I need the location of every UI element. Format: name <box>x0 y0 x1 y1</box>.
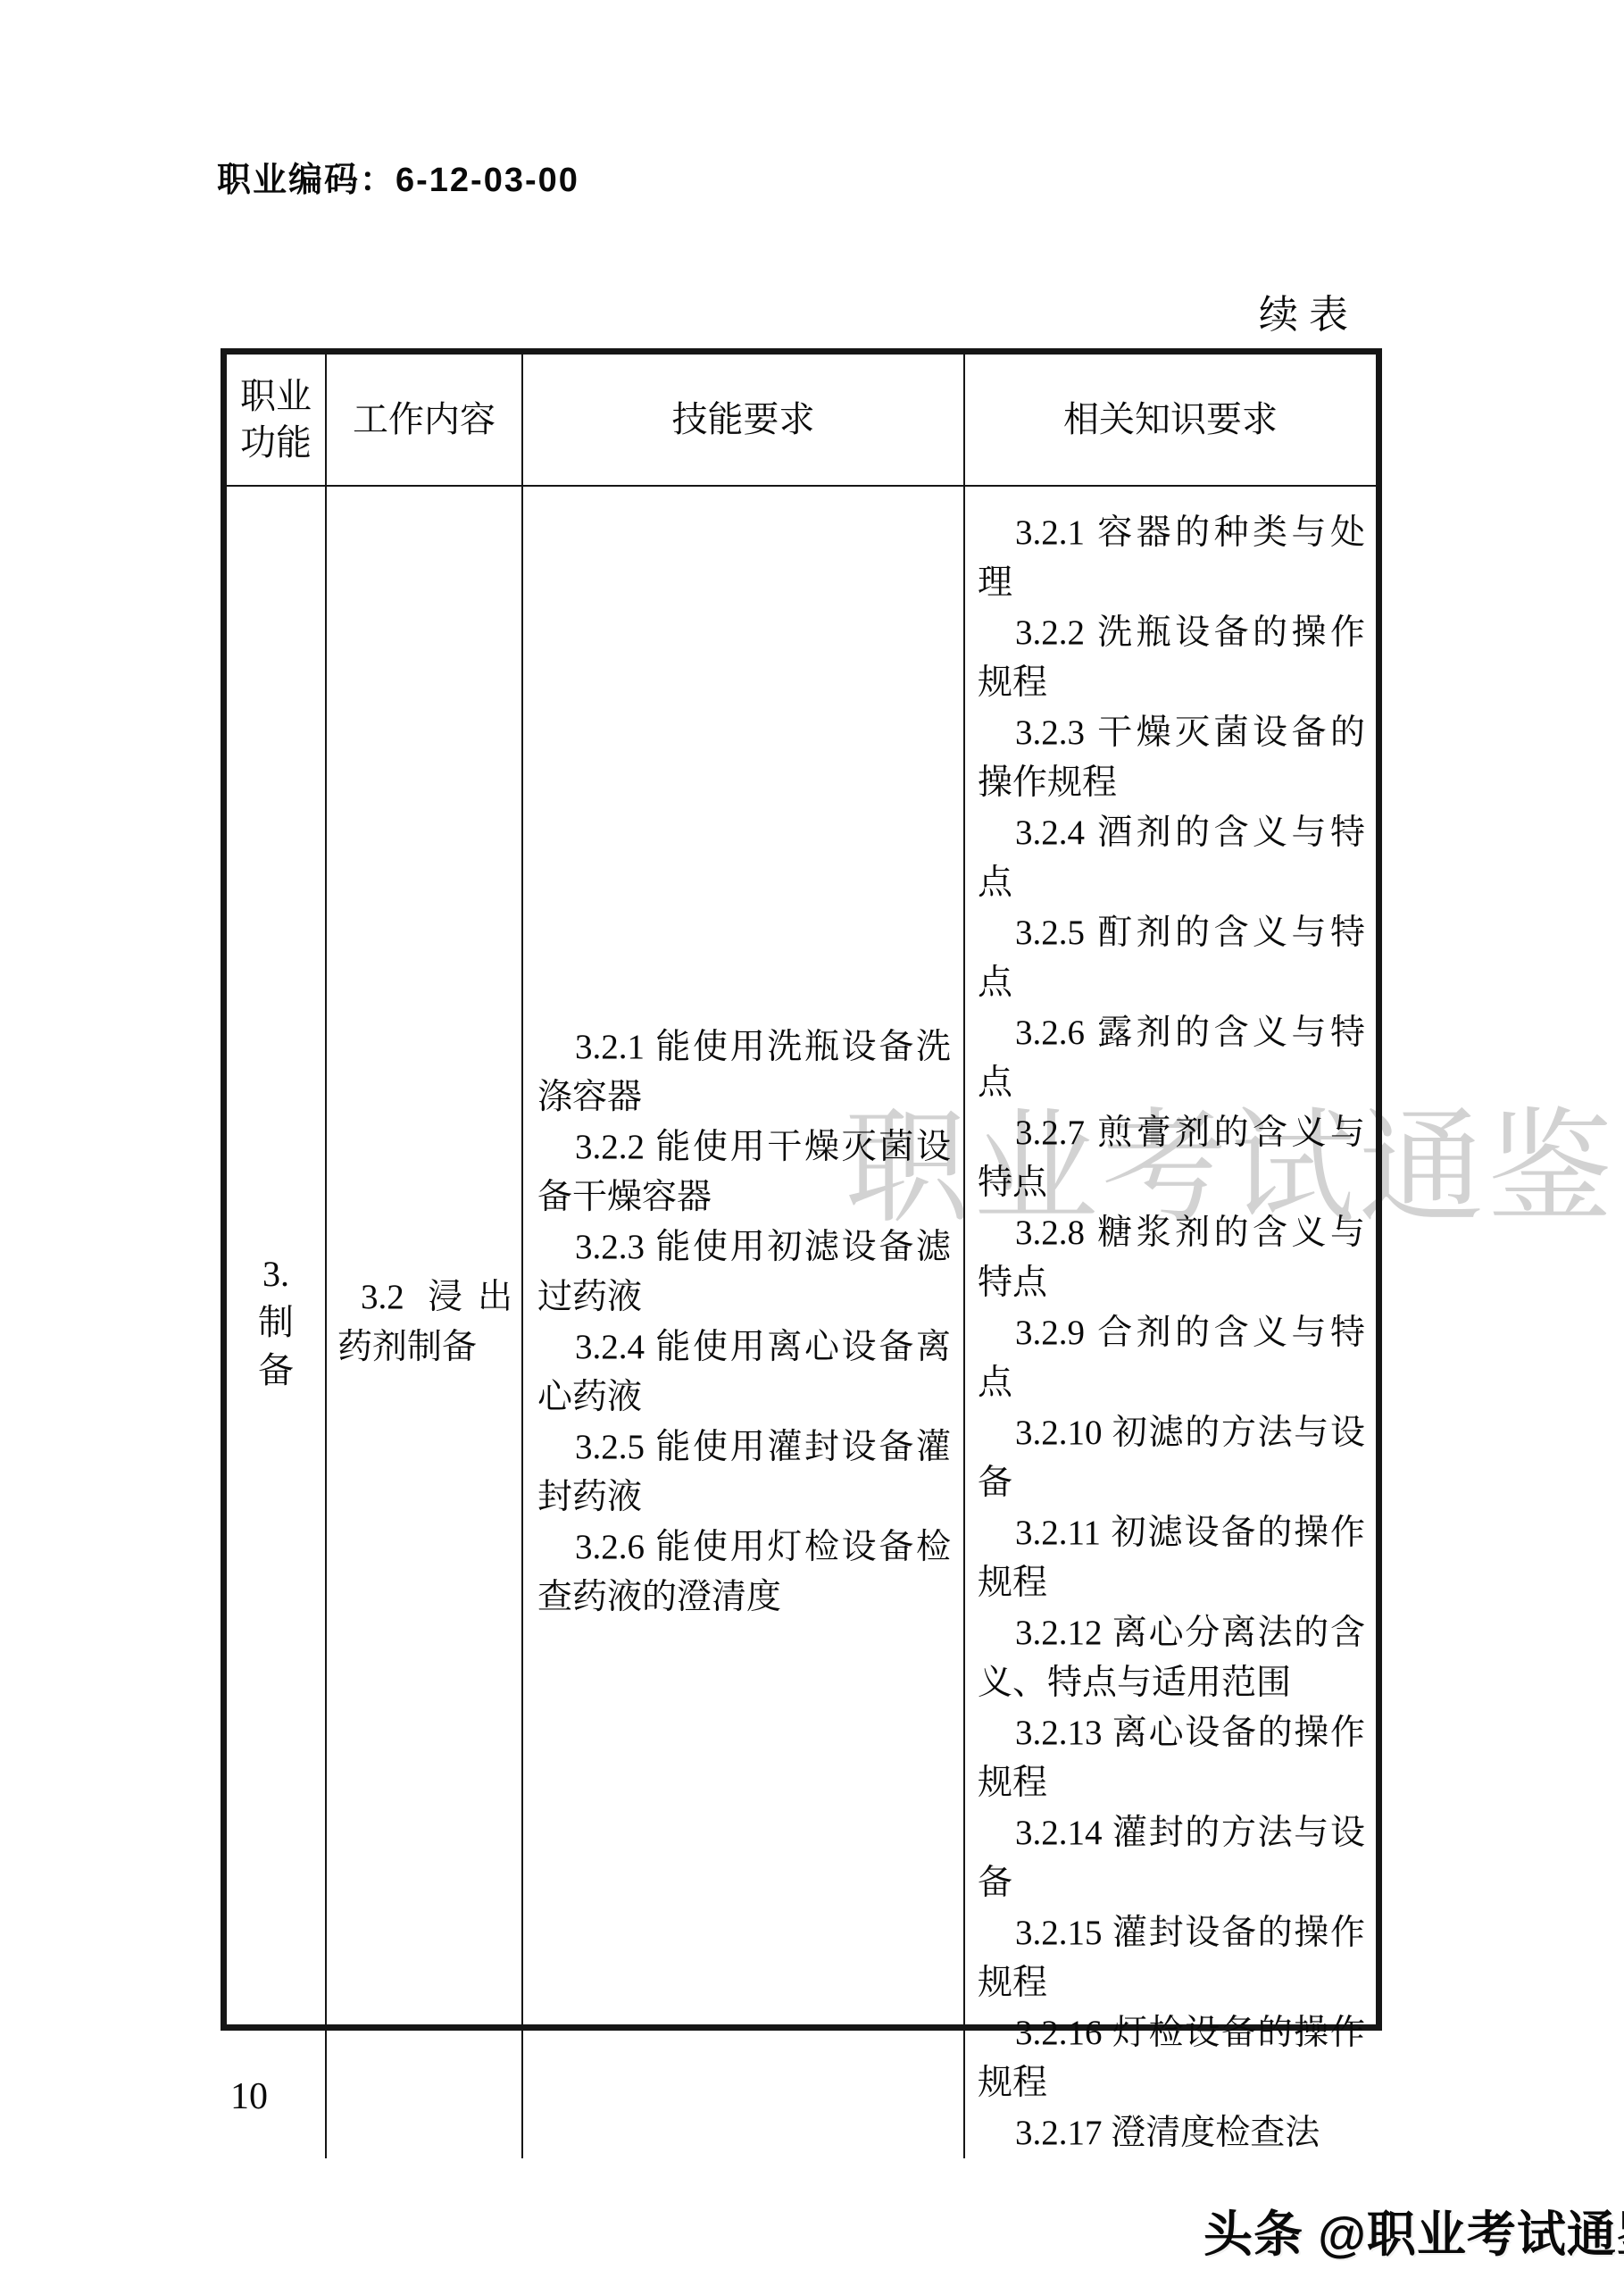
knowledge-item: 3.2.6 露剂的含义与特点 <box>978 1008 1365 1108</box>
continued-table-label: 续表 <box>1259 282 1359 339</box>
knowledge-item: 3.2.4 酒剂的含义与特点 <box>978 808 1365 908</box>
knowledge-item: 3.2.2 洗瓶设备的操作规程 <box>978 608 1365 708</box>
knowledge-item: 3.2.7 煎膏剂的含义与特点 <box>978 1108 1365 1208</box>
cell-knowledge-requirements: 3.2.1 容器的种类与处理3.2.2 洗瓶设备的操作规程3.2.3 干燥灭菌设… <box>965 487 1376 2158</box>
occupation-code-label: 职业编码：6-12-03-00 <box>217 152 579 201</box>
skill-item: 3.2.1 能使用洗瓶设备洗涤容器 <box>537 1022 951 1122</box>
knowledge-item: 3.2.3 干燥灭菌设备的操作规程 <box>978 708 1365 808</box>
header-skill-requirements: 技能要求 <box>523 355 965 487</box>
cell-work-content: 3.2 浸出药剂制备 <box>327 487 523 2158</box>
skill-item: 3.2.4 能使用离心设备离心药液 <box>537 1323 951 1423</box>
knowledge-item: 3.2.11 初滤设备的操作规程 <box>978 1508 1365 1608</box>
header-work-content: 工作内容 <box>327 355 523 487</box>
knowledge-item: 3.2.10 初滤的方法与设备 <box>978 1408 1365 1508</box>
header-knowledge-requirements: 相关知识要求 <box>965 355 1376 487</box>
knowledge-item: 3.2.9 合剂的含义与特点 <box>978 1308 1365 1408</box>
cell-skill-requirements: 3.2.1 能使用洗瓶设备洗涤容器3.2.2 能使用干燥灭菌设备干燥容器3.2.… <box>523 487 965 2158</box>
header-occupational-function: 职业功能 <box>227 355 327 487</box>
footer-credit: 头条 @职业考试通鉴 <box>1203 2195 1624 2265</box>
skill-item: 3.2.3 能使用初滤设备滤过药液 <box>537 1222 951 1323</box>
knowledge-item: 3.2.8 糖浆剂的含义与特点 <box>978 1208 1365 1308</box>
function-label: 3. 制备 <box>254 1250 298 1395</box>
cell-occupational-function: 3. 制备 <box>227 487 327 2158</box>
knowledge-item: 3.2.5 酊剂的含义与特点 <box>978 908 1365 1008</box>
occupational-standard-table: 职业功能 工作内容 技能要求 相关知识要求 3. 制备 3.2 浸出药剂制备 3… <box>221 348 1382 2031</box>
knowledge-item: 3.2.15 灌封设备的操作规程 <box>978 1908 1365 2008</box>
knowledge-item: 3.2.12 离心分离法的含义、特点与适用范围 <box>978 1608 1365 1708</box>
knowledge-item: 3.2.14 灌封的方法与设备 <box>978 1808 1365 1908</box>
knowledge-item: 3.2.17 澄清度检查法 <box>978 2108 1365 2158</box>
skill-item: 3.2.5 能使用灌封设备灌封药液 <box>537 1423 951 1523</box>
skill-item: 3.2.6 能使用灯检设备检查药液的澄清度 <box>537 1523 951 1623</box>
knowledge-item: 3.2.13 离心设备的操作规程 <box>978 1708 1365 1808</box>
skill-item: 3.2.2 能使用干燥灭菌设备干燥容器 <box>537 1122 951 1222</box>
work-content-label: 3.2 浸出药剂制备 <box>327 1273 521 1373</box>
knowledge-item: 3.2.1 容器的种类与处理 <box>978 508 1365 608</box>
knowledge-item: 3.2.16 灯检设备的操作规程 <box>978 2008 1365 2108</box>
